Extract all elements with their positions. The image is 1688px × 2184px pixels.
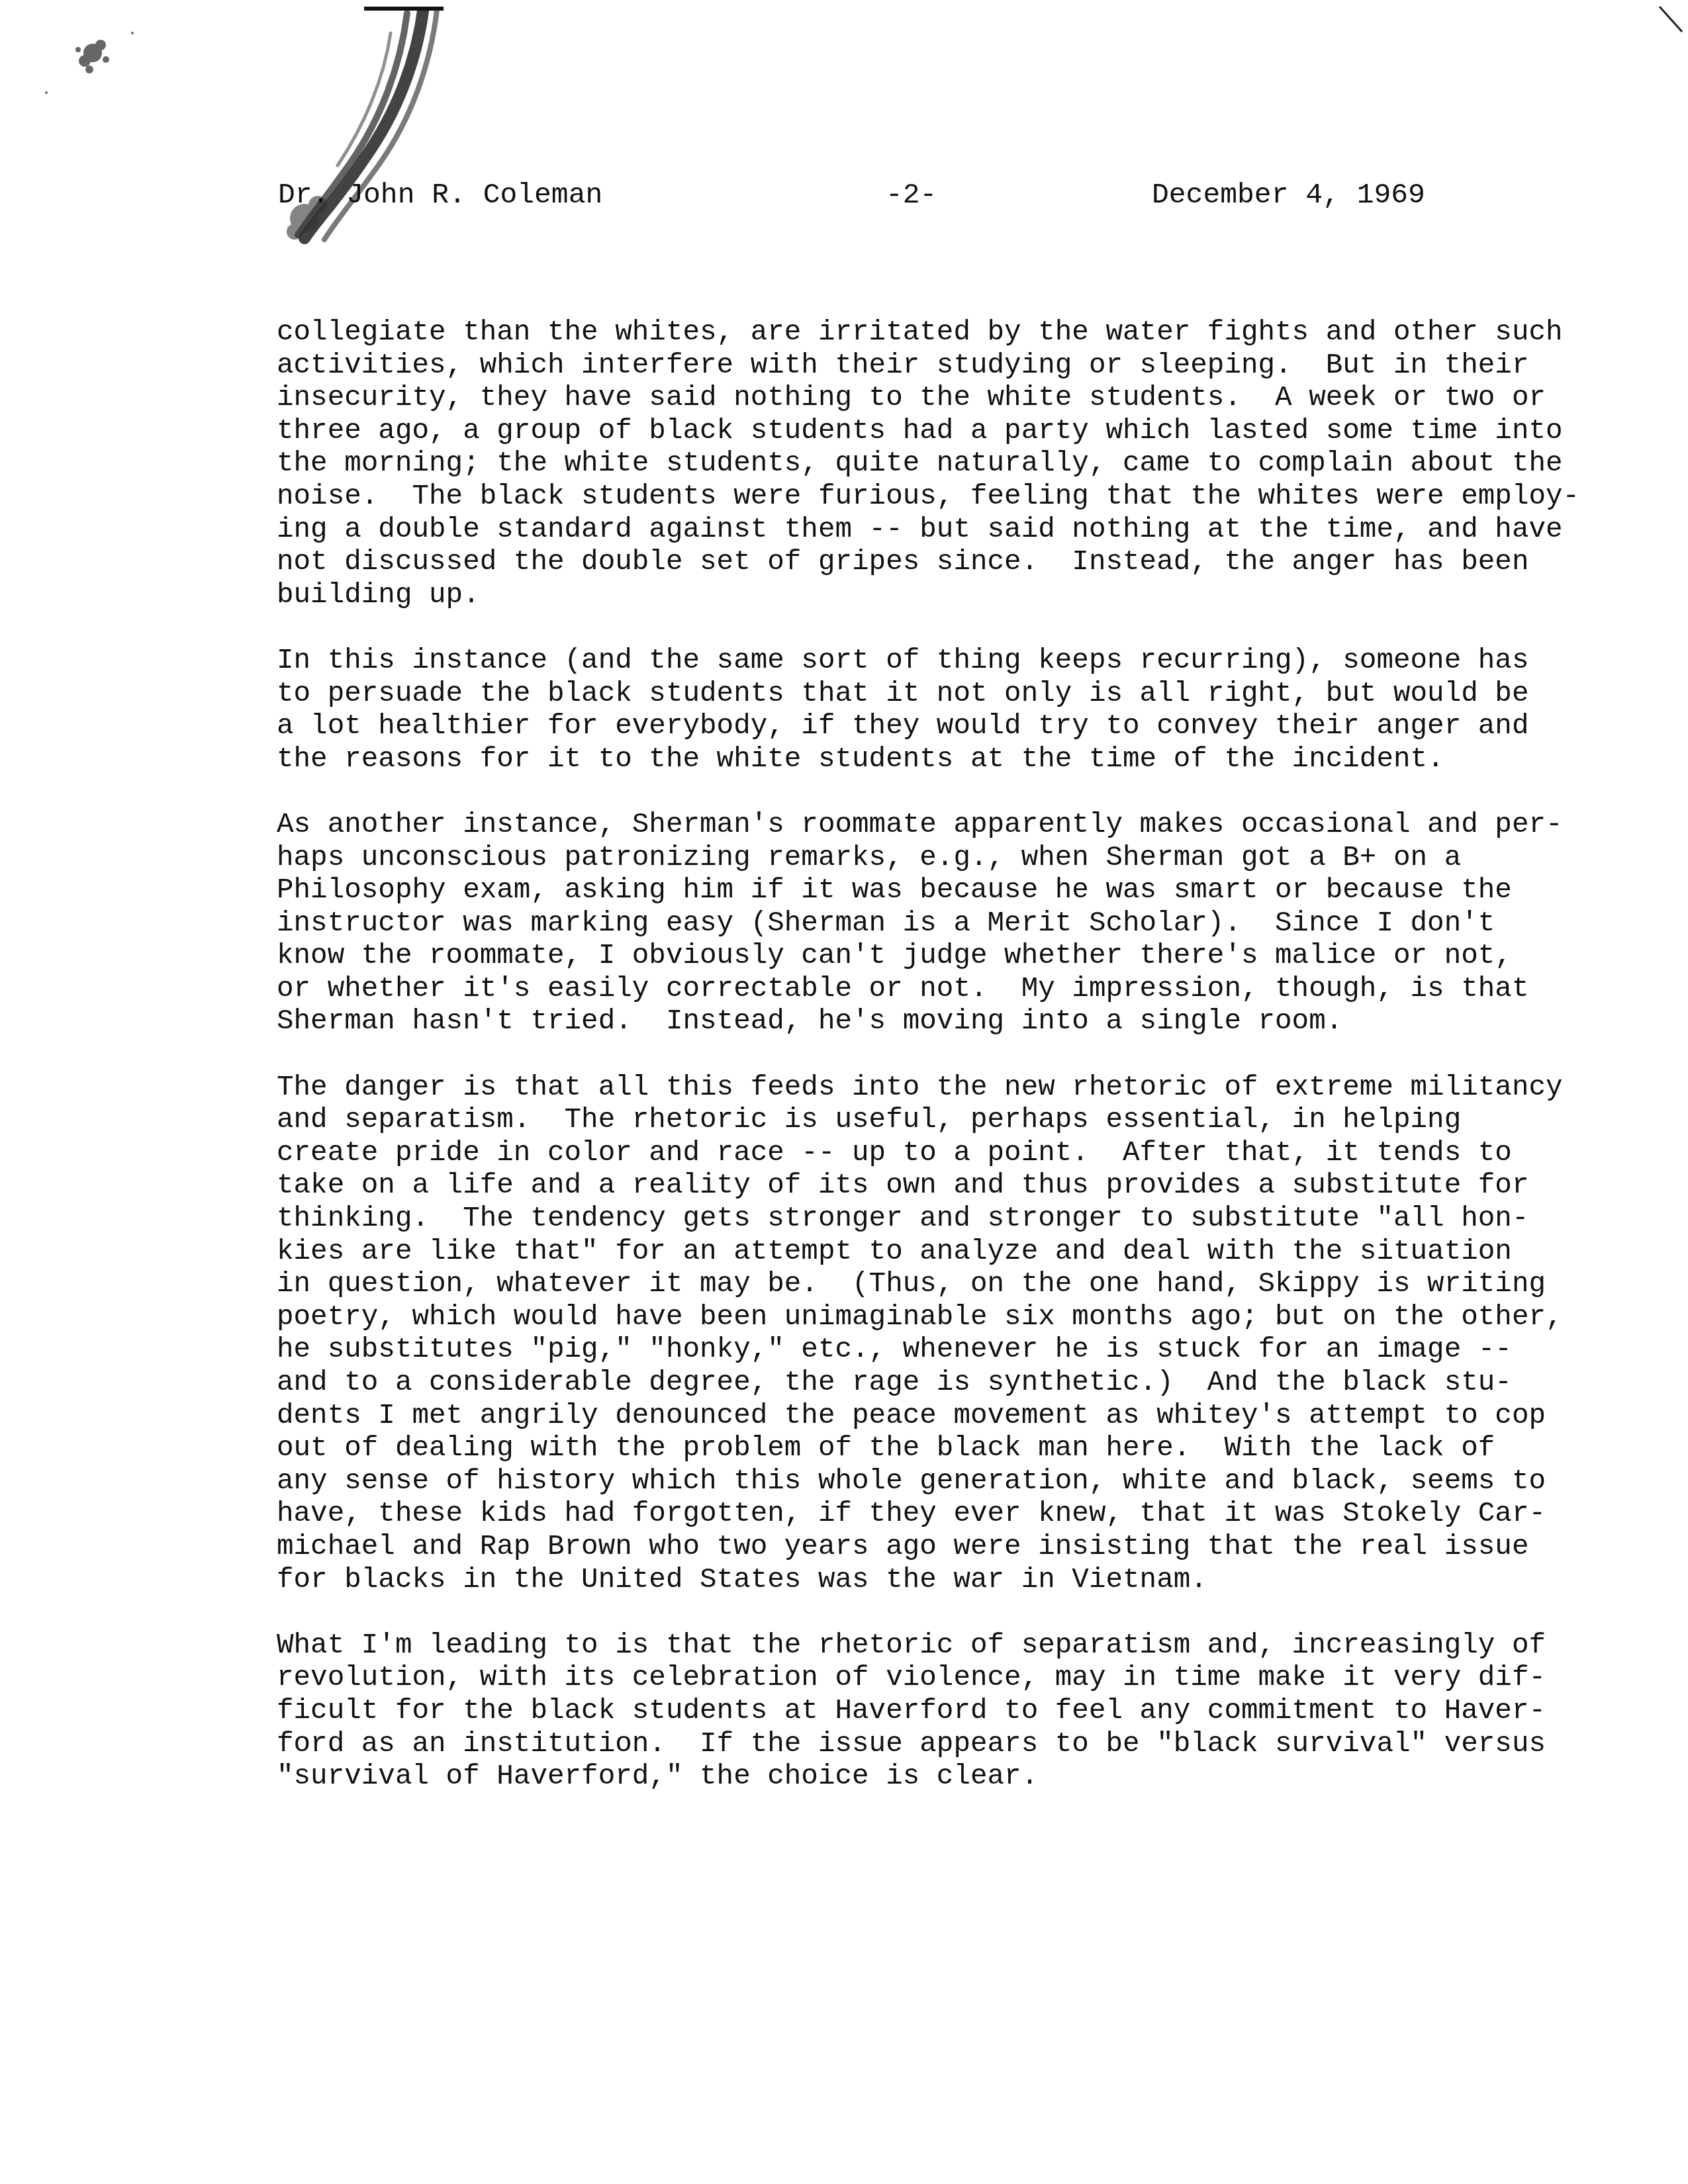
letter-page: Dr. John R. Coleman -2- December 4, 1969… <box>0 0 1688 2184</box>
text-line: the morning; the white students, quite n… <box>277 447 1587 480</box>
letter-body: collegiate than the whites, are irritate… <box>277 316 1587 1826</box>
text-line: dents I met angrily denounced the peace … <box>277 1400 1587 1433</box>
text-line: have, these kids had forgotten, if they … <box>277 1498 1587 1531</box>
text-line: the reasons for it to the white students… <box>277 743 1587 776</box>
text-line: revolution, with its celebration of viol… <box>277 1662 1587 1695</box>
text-line: he substitutes "pig," "honky," etc., whe… <box>277 1334 1587 1367</box>
recipient-name: Dr. John R. Coleman <box>278 179 602 212</box>
text-line: Philosophy exam, asking him if it was be… <box>277 874 1587 907</box>
text-line: What I'm leading to is that the rhetoric… <box>277 1629 1587 1662</box>
letter-date: December 4, 1969 <box>1152 179 1425 212</box>
text-line: ford as an institution. If the issue app… <box>277 1728 1587 1761</box>
text-line: insecurity, they have said nothing to th… <box>277 382 1587 415</box>
text-line: not discussed the double set of gripes s… <box>277 546 1587 579</box>
paragraph: What I'm leading to is that the rhetoric… <box>277 1629 1587 1794</box>
paragraph: In this instance (and the same sort of t… <box>277 645 1587 776</box>
text-line: and separatism. The rhetoric is useful, … <box>277 1104 1587 1137</box>
text-line: In this instance (and the same sort of t… <box>277 645 1587 678</box>
scan-edge-mark <box>1658 5 1685 45</box>
text-line: As another instance, Sherman's roommate … <box>277 809 1587 842</box>
text-line: ficult for the black students at Haverfo… <box>277 1695 1587 1728</box>
text-line: michael and Rap Brown who two years ago … <box>277 1531 1587 1564</box>
text-line: a lot healthier for everybody, if they w… <box>277 710 1587 743</box>
text-line: to persuade the black students that it n… <box>277 678 1587 711</box>
text-line: and to a considerable degree, the rage i… <box>277 1367 1587 1400</box>
text-line: "survival of Haverford," the choice is c… <box>277 1760 1587 1794</box>
text-line: poetry, which would have been unimaginab… <box>277 1301 1587 1334</box>
text-line: ing a double standard against them -- bu… <box>277 514 1587 547</box>
paragraph: As another instance, Sherman's roommate … <box>277 809 1587 1038</box>
text-line: any sense of history which this whole ge… <box>277 1465 1587 1498</box>
text-line: three ago, a group of black students had… <box>277 415 1587 448</box>
text-line: collegiate than the whites, are irritate… <box>277 316 1587 349</box>
text-line: out of dealing with the problem of the b… <box>277 1432 1587 1465</box>
text-line: noise. The black students were furious, … <box>277 480 1587 514</box>
text-line: The danger is that all this feeds into t… <box>277 1071 1587 1105</box>
text-line: activities, which interfere with their s… <box>277 349 1587 383</box>
text-line: Sherman hasn't tried. Instead, he's movi… <box>277 1005 1587 1038</box>
text-line: instructor was marking easy (Sherman is … <box>277 907 1587 940</box>
text-line: in question, whatever it may be. (Thus, … <box>277 1268 1587 1301</box>
ink-speck-mark <box>26 13 146 106</box>
text-line: for blacks in the United States was the … <box>277 1564 1587 1597</box>
text-line: take on a life and a reality of its own … <box>277 1169 1587 1203</box>
text-line: building up. <box>277 579 1587 612</box>
text-line: create pride in color and race -- up to … <box>277 1137 1587 1170</box>
text-line: know the roommate, I obviously can't jud… <box>277 940 1587 973</box>
page-number: -2- <box>886 179 937 212</box>
text-line: thinking. The tendency gets stronger and… <box>277 1203 1587 1236</box>
paragraph: collegiate than the whites, are irritate… <box>277 316 1587 612</box>
paragraph: The danger is that all this feeds into t… <box>277 1071 1587 1597</box>
text-line: kies are like that" for an attempt to an… <box>277 1236 1587 1269</box>
text-line: haps unconscious patronizing remarks, e.… <box>277 842 1587 875</box>
text-line: or whether it's easily correctable or no… <box>277 973 1587 1006</box>
